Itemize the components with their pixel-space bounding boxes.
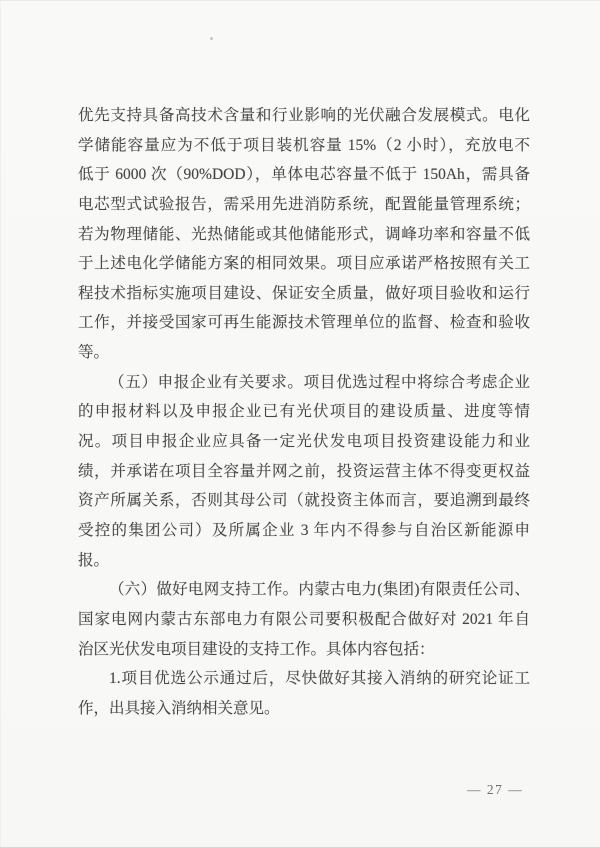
- text-line: 于上述电化学储能方案的相同效果。项目应承诺严格按照有关工: [78, 249, 530, 279]
- text-line: 报。: [78, 546, 530, 576]
- text-line: 国家电网内蒙古东部电力有限公司要积极配合做好对 2021 年自: [78, 605, 530, 635]
- scan-artifact-dot: [210, 37, 213, 40]
- text-line: 电芯型式试验报告，需采用先进消防系统，配置能量管理系统；: [78, 190, 530, 220]
- document-body: 优先支持具备高技术含量和行业影响的光伏融合发展模式。电化 学储能容量应为不低于项…: [78, 101, 530, 723]
- text-line: 低于 6000 次（90%DOD），单体电芯容量不低于 150Ah，需具备: [78, 160, 530, 190]
- text-line: 的申报材料以及申报企业已有光伏项目的建设质量、进度等情: [78, 397, 530, 427]
- scanned-document-page: 优先支持具备高技术含量和行业影响的光伏融合发展模式。电化 学储能容量应为不低于项…: [0, 0, 600, 848]
- text-line: 绩，并承诺在项目全容量并网之前，投资运营主体不得变更权益: [78, 457, 530, 487]
- text-line: 作，出具接入消纳相关意见。: [78, 694, 530, 724]
- text-line-section-5-heading: （五）申报企业有关要求。项目优选过程中将综合考虑企业: [78, 368, 530, 398]
- text-line: 若为物理储能、光热储能或其他储能形式，调峰功率和容量不低: [78, 220, 530, 250]
- text-line: 优先支持具备高技术含量和行业影响的光伏融合发展模式。电化: [78, 101, 530, 131]
- text-line: 治区光伏发电项目建设的支持工作。具体内容包括：: [78, 635, 530, 665]
- text-line: 受控的集团公司）及所属企业 3 年内不得参与自治区新能源申: [78, 516, 530, 546]
- page-number: — 27 —: [467, 781, 523, 799]
- text-line: 况。项目申报企业应具备一定光伏发电项目投资建设能力和业: [78, 427, 530, 457]
- text-line-item-1: 1.项目优选公示通过后，尽快做好其接入消纳的研究论证工: [78, 664, 530, 694]
- text-line-section-6-heading: （六）做好电网支持工作。内蒙古电力(集团)有限责任公司、: [78, 575, 530, 605]
- text-line: 资产所属关系，否则其母公司（就投资主体而言，要追溯到最终: [78, 486, 530, 516]
- text-line: 学储能容量应为不低于项目装机容量 15%（2 小时），充放电不: [78, 131, 530, 161]
- text-line: 程技术指标实施项目建设、保证安全质量，做好项目验收和运行: [78, 279, 530, 309]
- text-line: 工作，并接受国家可再生能源技术管理单位的监督、检查和验收: [78, 308, 530, 338]
- text-line: 等。: [78, 338, 530, 368]
